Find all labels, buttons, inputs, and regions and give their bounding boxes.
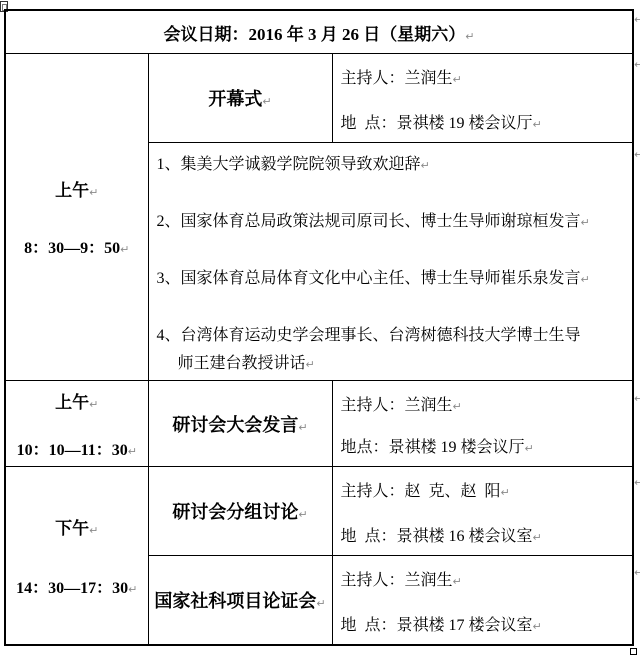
agenda-list: 1、集美大学诚毅学院院领导致欢迎辞↵ 2、国家体育总局政策法规司原司长、博士生导… [149, 143, 633, 379]
paragraph-mark: ↵ [501, 486, 510, 499]
location-line: 地点：景祺楼 19 楼会议厅↵ [341, 434, 625, 457]
meeting-date-title: 会议日期：2016 年 3 月 26 日（星期六） [164, 25, 466, 44]
row-end-mark: ↵ [634, 148, 640, 161]
paragraph-mark: ↵ [533, 620, 542, 633]
document-page: 会议日期：2016 年 3 月 26 日（星期六）↵ 上午↵ 8：30—9：50… [0, 0, 640, 657]
paragraph-mark: ↵ [89, 524, 98, 537]
host-location-block: 主持人：兰润生↵ 地点：景祺楼 19 楼会议厅↵ [333, 382, 633, 465]
host-location-block: 主持人：兰润生↵ 地 点：景祺楼 19 楼会议厅↵ [333, 55, 633, 141]
time-block: 上午↵ 8：30—9：50↵ [6, 54, 148, 380]
meeting-date-header-cell[interactable]: 会议日期：2016 年 3 月 26 日（星期六）↵ [5, 10, 633, 54]
session-label: 上午↵ [55, 388, 98, 413]
row-end-mark: ↵ [634, 392, 640, 405]
event-name: 国家社科项目论证会 [154, 591, 316, 611]
row-end-mark: ↵ [634, 566, 640, 579]
table-resize-handle-icon[interactable] [630, 648, 637, 655]
paragraph-mark: ↵ [453, 575, 462, 588]
agenda-item-1: 1、集美大学诚毅学院院领导致欢迎辞↵ [157, 151, 627, 180]
paragraph-mark: ↵ [465, 30, 474, 43]
paragraph-mark: ↵ [525, 442, 534, 455]
location-line: 地 点：景祺楼 19 楼会议厅↵ [341, 110, 625, 133]
paragraph-mark: ↵ [533, 118, 542, 131]
host-location-cell-opening[interactable]: 主持人：兰润生↵ 地 点：景祺楼 19 楼会议厅↵ [332, 54, 633, 143]
agenda-item-4: 4、台湾体育运动史学会理事长、台湾树德科技大学博士生导师王建台教授讲话↵ [157, 322, 627, 379]
agenda-item-2: 2、国家体育总局政策法规司原司长、博士生导师谢琼桓发言↵ [157, 208, 627, 237]
host-line: 主持人：兰润生↵ [341, 567, 625, 590]
paragraph-mark: ↵ [89, 186, 98, 199]
host-location-block: 主持人：赵 克、赵 阳↵ 地 点：景祺楼 16 楼会议室↵ [333, 468, 633, 554]
location-line: 地 点：景祺楼 16 楼会议室↵ [341, 523, 625, 546]
paragraph-mark: ↵ [298, 421, 307, 434]
paragraph-mark: ↵ [533, 531, 542, 544]
event-name: 开幕式 [208, 89, 262, 109]
event-cell-project-review[interactable]: 国家社科项目论证会↵ [148, 556, 332, 646]
paragraph-mark: ↵ [89, 398, 98, 411]
agenda-item-3: 3、国家体育总局体育文化中心主任、博士生导师崔乐泉发言↵ [157, 265, 627, 294]
event-name: 研讨会分组讨论 [172, 502, 298, 522]
time-cell-morning-1[interactable]: 上午↵ 8：30—9：50↵ [5, 54, 148, 381]
session-time: 8：30—9：50↵ [24, 235, 129, 258]
paragraph-mark: ↵ [316, 597, 325, 610]
paragraph-mark: ↵ [262, 95, 271, 108]
time-block: 下午↵ 14：30—17：30↵ [6, 469, 148, 643]
paragraph-mark: ↵ [453, 73, 462, 86]
event-cell-plenary[interactable]: 研讨会大会发言↵ [148, 381, 332, 467]
event-cell-opening[interactable]: 开幕式↵ [148, 54, 332, 143]
paragraph-mark: ↵ [581, 216, 590, 229]
paragraph-mark: ↵ [306, 358, 315, 371]
session-time: 14：30—17：30↵ [16, 575, 137, 598]
host-location-cell-group-discussion[interactable]: 主持人：赵 克、赵 阳↵ 地 点：景祺楼 16 楼会议室↵ [332, 467, 633, 556]
paragraph-mark: ↵ [128, 583, 137, 596]
row-end-mark: ↵ [634, 476, 640, 489]
host-location-cell-plenary[interactable]: 主持人：兰润生↵ 地点：景祺楼 19 楼会议厅↵ [332, 381, 633, 467]
time-block: 上午↵ 10：10—11：30↵ [6, 382, 148, 465]
row-end-mark: ↵ [634, 58, 640, 71]
paragraph-mark: ↵ [128, 445, 137, 458]
paragraph-mark: ↵ [120, 243, 129, 256]
session-label: 下午↵ [55, 514, 98, 539]
paragraph-mark: ↵ [581, 273, 590, 286]
paragraph-mark: ↵ [421, 159, 430, 172]
agenda-cell[interactable]: 1、集美大学诚毅学院院领导致欢迎辞↵ 2、国家体育总局政策法规司原司长、博士生导… [148, 143, 633, 381]
time-cell-afternoon[interactable]: 下午↵ 14：30—17：30↵ [5, 467, 148, 646]
host-line: 主持人：赵 克、赵 阳↵ [341, 478, 625, 501]
schedule-table: 会议日期：2016 年 3 月 26 日（星期六）↵ 上午↵ 8：30—9：50… [4, 9, 634, 646]
location-line: 地 点：景祺楼 17 楼会议室↵ [341, 612, 625, 635]
paragraph-mark: ↵ [298, 508, 307, 521]
host-location-block: 主持人：兰润生↵ 地 点：景祺楼 17 楼会议室↵ [333, 557, 633, 643]
time-cell-morning-2[interactable]: 上午↵ 10：10—11：30↵ [5, 381, 148, 467]
host-location-cell-project-review[interactable]: 主持人：兰润生↵ 地 点：景祺楼 17 楼会议室↵ [332, 556, 633, 646]
host-line: 主持人：兰润生↵ [341, 65, 625, 88]
session-time: 10：10—11：30↵ [17, 437, 137, 460]
event-name: 研讨会大会发言 [172, 415, 298, 435]
paragraph-mark: ↵ [453, 400, 462, 413]
host-line: 主持人：兰润生↵ [341, 392, 625, 415]
row-end-mark: ↵ [634, 13, 640, 26]
event-cell-group-discussion[interactable]: 研讨会分组讨论↵ [148, 467, 332, 556]
session-label: 上午↵ [55, 176, 98, 201]
